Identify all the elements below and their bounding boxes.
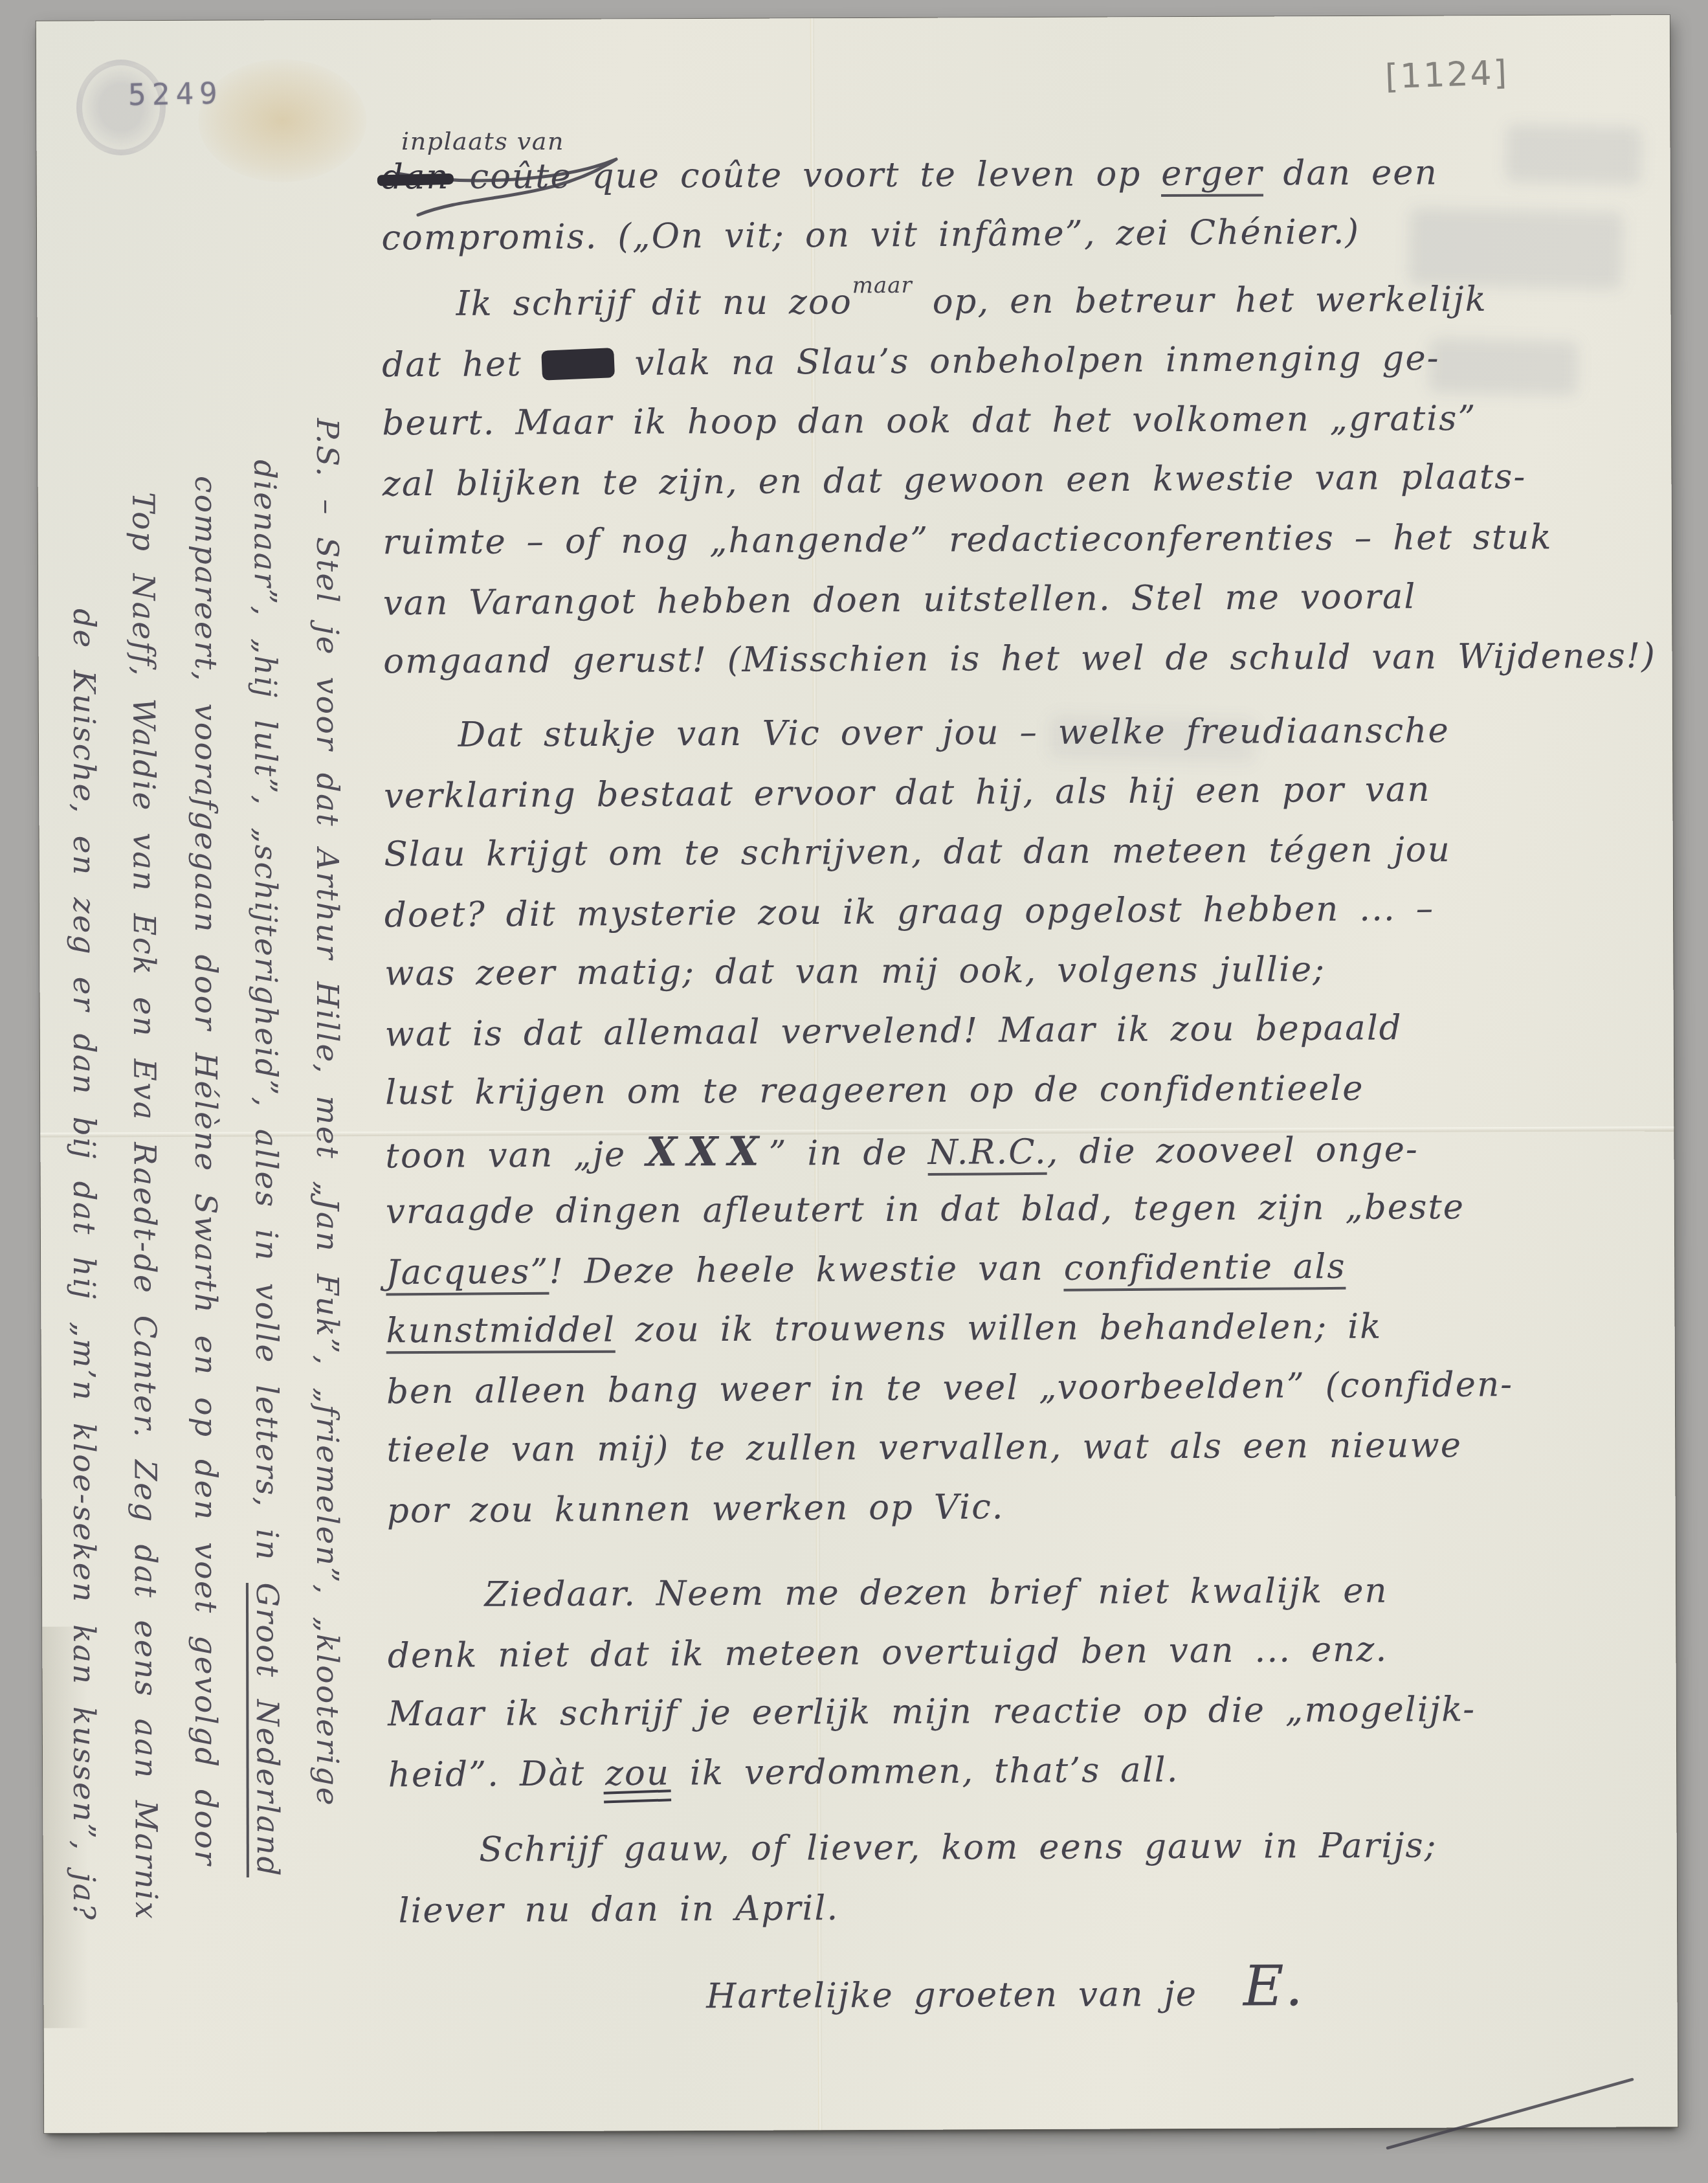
scanned-letter-page: { "page": { "archive_stamp": "5249", "pa… xyxy=(0,0,1708,2183)
text-segment: vlak na Slau’s onbeholpen inmenging ge- xyxy=(614,339,1440,383)
letter-line: tieele van mij) te zullen vervallen, wat… xyxy=(386,1415,1674,1481)
paragraph: Ik schrijf dit nu zoomaar op, en betreur… xyxy=(382,269,1672,692)
letter-line: was zeer matig; dat van mij ook, volgens… xyxy=(384,939,1672,1004)
text-segment: ben alleen bang weer in te veel „voorbee… xyxy=(386,1365,1513,1411)
letter-line: compromis. („On vit; on vit infâme”, zei… xyxy=(381,201,1670,269)
text-segment: erger xyxy=(1161,153,1263,197)
text-segment: Dat stukje van Vic over jou – welke freu… xyxy=(458,711,1450,755)
letter-line: Ziedaar. Neem me dezen brief niet kwalij… xyxy=(484,1560,1675,1625)
text-segment: , die zooveel onge- xyxy=(1047,1130,1419,1172)
text-segment: Ik schrijf dit nu zoo xyxy=(456,282,852,324)
text-segment: maar xyxy=(852,273,913,298)
text-segment: van Varangot hebben doen uitstellen. Ste… xyxy=(383,577,1417,623)
closing-line: Hartelijke groeten van je E. xyxy=(706,1953,1677,2022)
margin-postscript: P.S. – Stel je voor dat Arthur Hille, me… xyxy=(53,414,357,2127)
text-segment: ik verdommen, that’s all. xyxy=(670,1751,1179,1793)
letter-line: ruimte – of nog „hangende” redactieconfe… xyxy=(383,508,1670,573)
letter-line: dat het vlak na Slau’s onbeholpen inmeng… xyxy=(382,328,1670,396)
text-segment: Ziedaar. Neem me dezen brief niet kwalij… xyxy=(484,1571,1388,1615)
text-segment: Maar ik schrijf je eerlijk mijn reactie … xyxy=(388,1690,1476,1734)
archive-stamp-number: 5249 xyxy=(128,76,224,113)
text-segment: zou xyxy=(605,1754,670,1794)
text-segment: tieele van mij) te zullen vervallen, wat… xyxy=(386,1426,1462,1470)
letter-line: Ik schrijf dit nu zoomaar op, en betreur… xyxy=(456,269,1670,334)
text-segment: dan xyxy=(381,157,450,197)
text-segment: ” in de xyxy=(768,1133,927,1174)
letter-line: Jacques”! Deze heele kwestie van confide… xyxy=(386,1235,1674,1303)
text-segment: heid”. Dàt xyxy=(388,1754,605,1795)
letter-line: Slau krijgt om te schrijven, dat dan met… xyxy=(384,820,1672,885)
text-segment: denk niet dat ik meteen overtuigd ben va… xyxy=(388,1629,1388,1675)
text-segment: verklaring bestaat ervoor dat hij, als h… xyxy=(384,770,1431,816)
letter-line: dan coûte que coûte voort te leven op er… xyxy=(381,142,1669,208)
text-segment: dan een xyxy=(1263,153,1437,193)
paragraph: Schrijf gauw, of liever, kom eens gauw i… xyxy=(388,1815,1677,1940)
letter-line: beurt. Maar ik hoop dan ook dat het volk… xyxy=(382,388,1670,454)
text-segment: omgaand gerust! (Misschien is het wel de… xyxy=(383,636,1656,682)
text-segment: compromis. („On vit; on vit infâme”, zei… xyxy=(381,212,1360,258)
text-segment: zou ik trouwens willen behandelen; ik xyxy=(616,1307,1382,1350)
text-segment: doet? dit mysterie zou ik graag opgelost… xyxy=(384,889,1435,935)
text-segment: ruimte – of nog „hangende” redactieconfe… xyxy=(383,517,1552,562)
text-segment: kunstmiddel xyxy=(386,1310,616,1354)
letter-line: lust krijgen om te reageeren op de confi… xyxy=(385,1058,1673,1123)
text-segment: lust krijgen om te reageeren op de confi… xyxy=(385,1069,1364,1113)
paragraph: Ziedaar. Neem me dezen brief niet kwalij… xyxy=(387,1560,1676,1804)
ink-blot xyxy=(542,348,616,381)
text-segment: Schrijf gauw, of liever, kom eens gauw i… xyxy=(479,1826,1437,1869)
letter-line: zal blijken te zijn, en dat gewoon een k… xyxy=(383,447,1671,515)
text-segment: de Kuische, en zeg er dan bij dat hij „m… xyxy=(66,609,102,1921)
letter-line: toon van „je XXX” in de N.R.C., die zoov… xyxy=(385,1116,1674,1184)
letter-line: Top Naeff, Waldie van Eck en Eva Raedt-d… xyxy=(112,492,176,2127)
text-segment: coûte que coûte voort te leven op xyxy=(449,154,1161,197)
letter-line: de Kuische, en zeg er dan bij dat hij „m… xyxy=(53,609,114,2127)
letter-line: denk niet dat ik meteen overtuigd ben va… xyxy=(388,1618,1676,1686)
pencil-page-annotation: [1124] xyxy=(1384,54,1509,97)
letter-body: dan coûte que coûte voort te leven op er… xyxy=(381,142,1678,2023)
text-segment: was zeer matig; dat van mij ook, volgens… xyxy=(384,950,1325,993)
letter-line: vraagde dingen afleutert in dat blad, te… xyxy=(386,1177,1674,1242)
text-segment: dienaar”, „hij lult”, „schijterigheid”, … xyxy=(247,460,285,1583)
letter-line: heid”. Dàt zou ik verdommen, that’s all. xyxy=(388,1738,1676,1806)
letter-line: P.S. – Stel je voor dat Arthur Hille, me… xyxy=(296,418,357,2127)
text-segment: wat is dat allemaal vervelend! Maar ik z… xyxy=(384,1008,1402,1054)
text-segment: confidentie als xyxy=(1064,1247,1346,1292)
letter-line: Dat stukje van Vic over jou – welke freu… xyxy=(458,700,1671,765)
text-segment: por zou kunnen werken op Vic. xyxy=(387,1487,1004,1530)
text-segment: compareert, voorafgegaan door Hélène Swa… xyxy=(188,476,223,1866)
letter-line: verklaring bestaat ervoor dat hij, als h… xyxy=(384,759,1672,827)
paragraph: Dat stukje van Vic over jou – welke freu… xyxy=(383,700,1675,1540)
signature-flourish-line xyxy=(1372,2059,1650,2162)
signature-initial: E. xyxy=(1243,1954,1305,2019)
text-segment: op, en betreur het werkelijk xyxy=(913,280,1487,322)
text-segment: Jacques” xyxy=(386,1252,549,1296)
letter-line: liever nu dan in April. xyxy=(398,1874,1677,1942)
text-segment: Groot Nederland xyxy=(246,1582,285,1877)
text-segment: beurt. Maar ik hoop dan ook dat het volk… xyxy=(382,399,1476,443)
text-segment: Slau krijgt om te schrijven, dat dan met… xyxy=(384,830,1451,874)
text-segment: liever nu dan in April. xyxy=(398,1888,839,1931)
letter-line: ben alleen bang weer in te veel „voorbee… xyxy=(386,1354,1675,1422)
letter-line: Schrijf gauw, of liever, kom eens gauw i… xyxy=(479,1815,1676,1880)
letter-line: dienaar”, „hij lult”, „schijterigheid”, … xyxy=(234,460,298,2127)
text-segment: vraagde dingen afleutert in dat blad, te… xyxy=(386,1187,1465,1231)
letter-line: por zou kunnen werken op Vic. xyxy=(387,1473,1676,1541)
letter-line: compareert, voorafgegaan door Hélène Swa… xyxy=(175,476,236,2127)
text-segment: P.S. – Stel je voor dat Arthur Hille, me… xyxy=(309,418,345,1807)
text-segment: ! Deze heele kwestie van xyxy=(549,1249,1064,1292)
text-segment: zal blijken te zijn, en dat gewoon een k… xyxy=(383,457,1527,504)
text-segment: Top Naeff, Waldie van Eck en Eva Raedt-d… xyxy=(125,492,164,1921)
letter-line: omgaand gerust! (Misschien is het wel de… xyxy=(383,627,1671,692)
closing-salutation: Hartelijke groeten van je xyxy=(706,1975,1197,2016)
text-segment: dat het xyxy=(382,344,542,385)
text-segment: toon van „je xyxy=(385,1135,646,1176)
letter-line: wat is dat allemaal vervelend! Maar ik z… xyxy=(384,997,1673,1065)
paragraph: dan coûte que coûte voort te leven op er… xyxy=(381,142,1670,267)
letter-line: Maar ik schrijf je eerlijk mijn reactie … xyxy=(388,1679,1676,1745)
text-segment: XXX xyxy=(646,1128,769,1176)
letter-line: doet? dit mysterie zou ik graag opgelost… xyxy=(384,878,1673,946)
letter-line: kunstmiddel zou ik trouwens willen behan… xyxy=(386,1296,1674,1361)
text-segment: N.R.C. xyxy=(927,1132,1047,1176)
paper-stain xyxy=(198,59,367,183)
letter-line: van Varangot hebben doen uitstellen. Ste… xyxy=(383,566,1671,634)
